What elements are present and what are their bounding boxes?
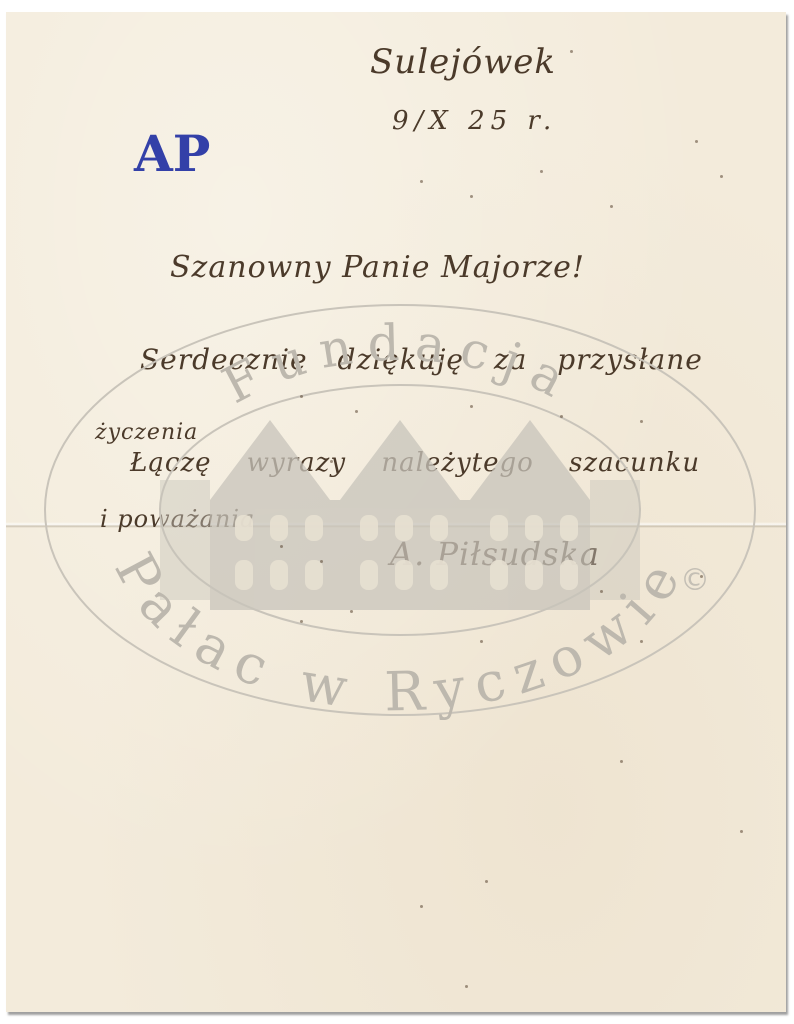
letter-date: 9/X 25 r. [392,106,557,136]
letter-body-line: Łączę wyrazy należytego szacunku [130,448,700,478]
letter-body-line: Serdecznie dziękuję za przysłane [140,343,703,376]
letter-body-line: i poważania [100,505,255,533]
monogram-letters: AP [134,118,180,190]
monogram-icon: AP [134,118,180,190]
letter-place: Sulejówek [370,42,556,82]
letter-salutation: Szanowny Panie Majorze! [170,250,585,285]
letter-body-line: życzenia [95,420,198,445]
letter-signature: A. Piłsudska [390,535,600,573]
